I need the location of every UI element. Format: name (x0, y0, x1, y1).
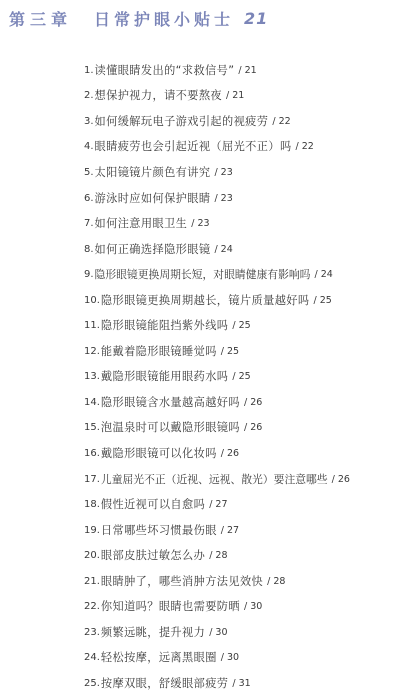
table-of-contents: 1.读懂眼睛发出的“求救信号”/ 21 2.想保护视力，请不要熬夜/ 21 3.… (84, 58, 350, 697)
toc-item[interactable]: 3.如何缓解玩电子游戏引起的视疲劳/ 22 (84, 109, 350, 135)
toc-item-page: / 22 (272, 112, 290, 132)
toc-item-title: 眼睛疲劳也会引起近视（屈光不正）吗 (95, 137, 292, 157)
toc-item[interactable]: 21.眼睛肿了，哪些消肿方法见效快/ 28 (84, 569, 350, 595)
toc-item-number: 14. (84, 393, 100, 413)
toc-item[interactable]: 17.儿童屈光不正（近视、远视、散光）要注意哪些/ 26 (84, 467, 350, 493)
toc-item[interactable]: 8.如何正确选择隐形眼镜/ 24 (84, 237, 350, 263)
toc-item[interactable]: 18.假性近视可以自愈吗/ 27 (84, 492, 350, 518)
toc-item-page: / 21 (238, 61, 256, 81)
toc-item-title: 太阳镜镜片颜色有讲究 (95, 163, 211, 183)
toc-item-page: / 26 (244, 418, 262, 438)
toc-item-title: 眼部皮肤过敏怎么办 (101, 546, 205, 566)
toc-item-title: 读懂眼睛发出的“求救信号” (95, 61, 235, 81)
toc-item-page: / 28 (267, 572, 285, 592)
toc-item-page: / 28 (209, 546, 227, 566)
toc-item-number: 8. (84, 240, 94, 260)
toc-item-title: 戴隐形眼镜可以化妆吗 (101, 444, 217, 464)
toc-item-number: 9. (84, 265, 94, 285)
toc-item-number: 20. (84, 546, 100, 566)
toc-item[interactable]: 20.眼部皮肤过敏怎么办/ 28 (84, 543, 350, 569)
toc-item-page: / 21 (226, 86, 244, 106)
toc-item[interactable]: 25.按摩双眼，舒缓眼部疲劳/ 31 (84, 671, 350, 697)
toc-item-page: / 30 (221, 648, 239, 668)
toc-item-number: 10. (84, 291, 100, 311)
toc-item-page: / 22 (296, 137, 314, 157)
toc-item[interactable]: 11.隐形眼镜能阻挡紫外线吗/ 25 (84, 313, 350, 339)
toc-item-page: / 25 (313, 291, 331, 311)
toc-item-number: 3. (84, 112, 94, 132)
toc-item[interactable]: 6.游泳时应如何保护眼睛/ 23 (84, 186, 350, 212)
toc-item-page: / 25 (232, 367, 250, 387)
toc-item-page: / 23 (214, 189, 232, 209)
toc-item-title: 日常哪些坏习惯最伤眼 (101, 521, 217, 541)
toc-item[interactable]: 23.频繁远眺，提升视力/ 30 (84, 620, 350, 646)
toc-item-page: / 24 (314, 265, 332, 285)
toc-item[interactable]: 2.想保护视力，请不要熬夜/ 21 (84, 84, 350, 110)
toc-item-page: / 25 (221, 342, 239, 362)
toc-item[interactable]: 14.隐形眼镜含水量越高越好吗/ 26 (84, 390, 350, 416)
toc-item-title: 隐形眼镜更换周期越长，镜片质量越好吗 (101, 291, 310, 311)
toc-item-title: 隐形眼镜更换周期长短，对眼睛健康有影响吗 (95, 265, 311, 285)
toc-item-page: / 30 (209, 623, 227, 643)
toc-item-title: 如何缓解玩电子游戏引起的视疲劳 (95, 112, 269, 132)
chapter-page-number: 21 (244, 9, 268, 28)
toc-item-page: / 30 (244, 597, 262, 617)
toc-item[interactable]: 5.太阳镜镜片颜色有讲究/ 23 (84, 160, 350, 186)
toc-item-title: 泡温泉时可以戴隐形眼镜吗 (101, 418, 240, 438)
toc-item-page: / 26 (332, 470, 350, 490)
toc-item-number: 11. (84, 316, 100, 336)
chapter-title: 日常护眼小贴士 (94, 7, 234, 30)
toc-item-number: 12. (84, 342, 100, 362)
toc-item-page: / 23 (214, 163, 232, 183)
toc-item-title: 假性近视可以自愈吗 (101, 495, 205, 515)
toc-item[interactable]: 13.戴隐形眼镜能用眼药水吗/ 25 (84, 365, 350, 391)
toc-item-page: / 24 (214, 240, 232, 260)
toc-item-title: 能戴着隐形眼镜睡觉吗 (101, 342, 217, 362)
toc-item-number: 22. (84, 597, 100, 617)
toc-item-number: 4. (84, 137, 94, 157)
toc-item[interactable]: 9.隐形眼镜更换周期长短，对眼睛健康有影响吗/ 24 (84, 262, 350, 288)
toc-item-number: 7. (84, 214, 94, 234)
toc-item-page: / 31 (232, 674, 250, 694)
toc-item-page: / 25 (232, 316, 250, 336)
toc-item-number: 13. (84, 367, 100, 387)
toc-item[interactable]: 15.泡温泉时可以戴隐形眼镜吗/ 26 (84, 416, 350, 442)
toc-item[interactable]: 16.戴隐形眼镜可以化妆吗/ 26 (84, 441, 350, 467)
toc-item-page: / 23 (191, 214, 209, 234)
toc-item[interactable]: 10.隐形眼镜更换周期越长，镜片质量越好吗/ 25 (84, 288, 350, 314)
toc-item-number: 6. (84, 189, 94, 209)
toc-item-title: 频繁远眺，提升视力 (101, 623, 205, 643)
toc-item-title: 儿童屈光不正（近视、远视、散光）要注意哪些 (101, 470, 328, 490)
toc-item-number: 5. (84, 163, 94, 183)
toc-item-number: 23. (84, 623, 100, 643)
toc-item[interactable]: 1.读懂眼睛发出的“求救信号”/ 21 (84, 58, 350, 84)
toc-item-number: 15. (84, 418, 100, 438)
toc-item-page: / 26 (244, 393, 262, 413)
toc-item-title: 想保护视力，请不要熬夜 (95, 86, 222, 106)
toc-item-title: 隐形眼镜能阻挡紫外线吗 (101, 316, 228, 336)
toc-item[interactable]: 7.如何注意用眼卫生/ 23 (84, 211, 350, 237)
toc-item[interactable]: 24.轻松按摩，远离黑眼圈/ 30 (84, 646, 350, 672)
toc-item[interactable]: 22.你知道吗？眼睛也需要防晒/ 30 (84, 594, 350, 620)
toc-item-number: 25. (84, 674, 100, 694)
toc-item-title: 戴隐形眼镜能用眼药水吗 (101, 367, 228, 387)
toc-item-number: 1. (84, 61, 94, 81)
toc-item-number: 24. (84, 648, 100, 668)
toc-item-page: / 27 (221, 521, 239, 541)
toc-item-number: 19. (84, 521, 100, 541)
toc-item-title: 按摩双眼，舒缓眼部疲劳 (101, 674, 228, 694)
toc-item[interactable]: 19.日常哪些坏习惯最伤眼/ 27 (84, 518, 350, 544)
toc-item-number: 21. (84, 572, 100, 592)
chapter-header: 第三章 日常护眼小贴士 21 (9, 7, 268, 29)
toc-item-number: 17. (84, 470, 100, 490)
toc-item-title: 眼睛肿了，哪些消肿方法见效快 (101, 572, 263, 592)
toc-item[interactable]: 4.眼睛疲劳也会引起近视（屈光不正）吗/ 22 (84, 135, 350, 161)
toc-item-title: 轻松按摩，远离黑眼圈 (101, 648, 217, 668)
toc-item-title: 游泳时应如何保护眼睛 (95, 189, 211, 209)
toc-item-title: 隐形眼镜含水量越高越好吗 (101, 393, 240, 413)
toc-item-title: 如何注意用眼卫生 (95, 214, 188, 234)
toc-item-page: / 27 (209, 495, 227, 515)
toc-item[interactable]: 12.能戴着隐形眼镜睡觉吗/ 25 (84, 339, 350, 365)
toc-item-title: 如何正确选择隐形眼镜 (95, 240, 211, 260)
chapter-label: 第三章 (9, 7, 72, 30)
toc-item-number: 16. (84, 444, 100, 464)
toc-item-number: 18. (84, 495, 100, 515)
toc-item-title: 你知道吗？眼睛也需要防晒 (101, 597, 240, 617)
toc-item-number: 2. (84, 86, 94, 106)
toc-item-page: / 26 (221, 444, 239, 464)
